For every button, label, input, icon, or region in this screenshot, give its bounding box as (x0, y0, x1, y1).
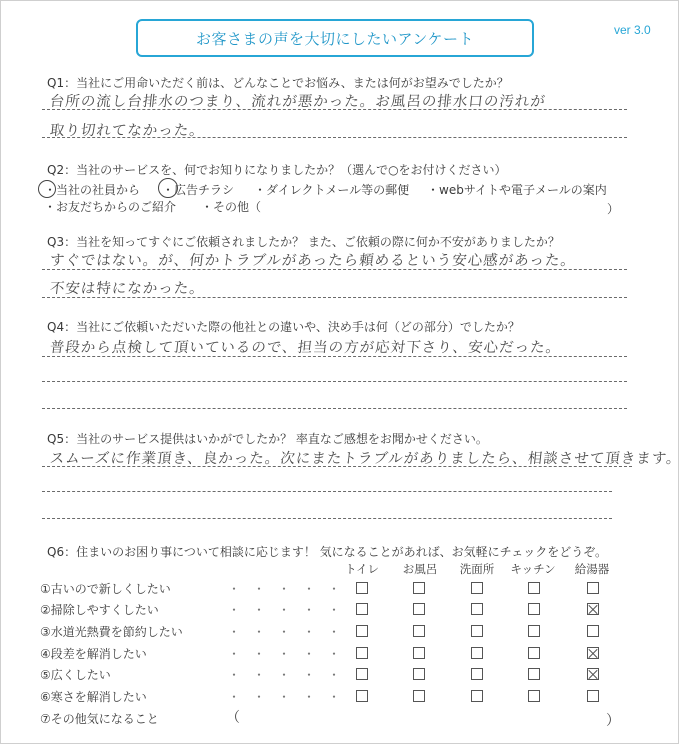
q3-answer-rule-1 (42, 269, 627, 270)
q6-checkbox-row-1-kitchen[interactable] (528, 582, 540, 594)
q6-checkbox-row-1-bath[interactable] (413, 582, 425, 594)
q5-answer-rule-3 (42, 518, 612, 519)
q2-option-web[interactable]: ・webサイトや電子メールの案内 (427, 181, 607, 198)
q5-answer-line-1[interactable]: スムーズに作業頂き、良かった。次にまたトラブルがありましたら、相談させて頂きます… (49, 447, 679, 468)
q6-checkbox-row-2-toilet[interactable] (356, 603, 368, 615)
q2-option-friend[interactable]: ・お友だちからのご紹介 (44, 198, 176, 215)
q6-row-4-leader-dots: ・・・・・ (228, 645, 353, 662)
q6-checkbox-row-3-toilet[interactable] (356, 625, 368, 637)
q4-answer-rule-1 (42, 356, 627, 357)
col-header-toilet: トイレ (332, 561, 392, 577)
q4-answer-rule-2 (42, 381, 627, 382)
col-header-water-heater: 給湯器 (562, 561, 622, 577)
q2-other-close-paren: ） (607, 200, 619, 217)
q6-checkbox-row-3-washroom[interactable] (471, 625, 483, 637)
q2-option-flyer-circle-mark (158, 178, 178, 198)
q6-checkbox-row-2-kitchen[interactable] (528, 603, 540, 615)
q6-row-5-label: ⑤広くしたい (40, 666, 111, 683)
q6-checkbox-row-6-washroom[interactable] (471, 690, 483, 702)
q6-checkbox-row-2-washroom[interactable] (471, 603, 483, 615)
q6-row-1-label: ①古いので新しくしたい (40, 580, 171, 597)
q6-checkbox-row-4-washroom[interactable] (471, 647, 483, 659)
q6-checkbox-row-2-bath[interactable] (413, 603, 425, 615)
q6-checkbox-row-5-kitchen[interactable] (528, 668, 540, 680)
q6-checkbox-row-6-toilet[interactable] (356, 690, 368, 702)
version-label: ver 3.0 (614, 23, 651, 37)
q6-row-6-label: ⑥寒さを解消したい (40, 688, 147, 705)
q2-option-staff-circle-mark (38, 180, 56, 198)
q6-row-4-label: ④段差を解消したい (40, 645, 147, 662)
q5-answer-rule-2 (42, 491, 612, 492)
q5-question: Q5：当社のサービス提供はいかがでしたか？ 率直なご感想をお聞かせください。 (47, 430, 488, 447)
q6-row-6-leader-dots: ・・・・・ (228, 688, 353, 705)
col-header-bath: お風呂 (390, 561, 450, 577)
q6-checkbox-row-3-kitchen[interactable] (528, 625, 540, 637)
q5-answer-rule-1 (42, 466, 632, 467)
survey-title: お客さまの声を大切にしたいアンケート (136, 19, 534, 57)
q3-answer-line-1[interactable]: すぐではない。が、何かトラブルがあったら頼めるという安心感があった。 (49, 249, 577, 270)
q3-answer-rule-2 (42, 297, 627, 298)
survey-title-text: お客さまの声を大切にしたいアンケート (196, 28, 474, 49)
q6-checkbox-row-1-water-heater[interactable] (587, 582, 599, 594)
q2-option-other[interactable]: ・その他（ (201, 198, 261, 215)
q6-checkbox-row-3-water-heater[interactable] (587, 625, 599, 637)
q6-checkbox-row-2-water-heater[interactable] (587, 603, 599, 615)
col-header-washroom: 洗面所 (447, 561, 507, 577)
q2-question: Q2：当社のサービスを、何でお知りになりましたか？（選んで○をお付けください） (47, 161, 507, 178)
q6-row-2-leader-dots: ・・・・・ (228, 601, 353, 618)
q2-option-staff[interactable]: ・当社の社員から (44, 181, 140, 198)
q6-other-close-paren: ） (606, 710, 620, 730)
q6-checkbox-row-1-toilet[interactable] (356, 582, 368, 594)
q6-checkbox-row-6-water-heater[interactable] (587, 690, 599, 702)
q6-checkbox-row-5-bath[interactable] (413, 668, 425, 680)
q6-row-7-label: ⑦その他気になること (40, 710, 159, 727)
q6-checkbox-row-6-kitchen[interactable] (528, 690, 540, 702)
q3-question: Q3：当社を知ってすぐにご依頼されましたか？ また、ご依頼の際に何か不安がありま… (47, 233, 560, 250)
q6-checkbox-row-1-washroom[interactable] (471, 582, 483, 594)
q6-checkbox-row-5-water-heater[interactable] (587, 668, 599, 680)
q6-checkbox-row-4-toilet[interactable] (356, 647, 368, 659)
q6-checkbox-row-5-washroom[interactable] (471, 668, 483, 680)
q6-other-open-paren: （ (226, 707, 240, 727)
q1-answer-line-1[interactable]: 台所の流し台排水のつまり、流れが悪かった。お風呂の排水口の汚れが (49, 90, 547, 111)
q6-checkbox-row-4-water-heater[interactable] (587, 647, 599, 659)
q6-checkbox-row-3-bath[interactable] (413, 625, 425, 637)
q6-row-2-label: ②掃除しやすくしたい (40, 601, 159, 618)
q6-checkbox-row-4-kitchen[interactable] (528, 647, 540, 659)
q6-row-3-label: ③水道光熱費を節約したい (40, 623, 183, 640)
q4-answer-line-1[interactable]: 普段から点検して頂いているので、担当の方が応対下さり、安心だった。 (49, 336, 562, 357)
q1-answer-rule-1 (42, 109, 627, 110)
q4-answer-rule-3 (42, 408, 627, 409)
q6-question: Q6：住まいのお困り事について相談に応じます！ 気になることがあれば、お気軽にチ… (47, 543, 607, 560)
q4-question: Q4：当社にご依頼いただいた際の他社との違いや、決め手は何（どの部分）でしたか？ (47, 318, 520, 335)
q2-option-direct-mail[interactable]: ・ダイレクトメール等の郵便 (254, 181, 409, 198)
q1-answer-rule-2 (42, 137, 627, 138)
q6-checkbox-row-6-bath[interactable] (413, 690, 425, 702)
q1-question: Q1：当社にご用命いただく前は、どんなことでお悩み、または何がお望みでしたか？ (47, 74, 509, 91)
q6-row-5-leader-dots: ・・・・・ (228, 666, 353, 683)
q6-checkbox-row-5-toilet[interactable] (356, 668, 368, 680)
q6-row-1-leader-dots: ・・・・・ (228, 580, 353, 597)
col-header-kitchen: キッチン (503, 561, 563, 577)
q3-answer-line-2[interactable]: 不安は特になかった。 (49, 277, 206, 298)
q6-checkbox-row-4-bath[interactable] (413, 647, 425, 659)
q6-row-3-leader-dots: ・・・・・ (228, 623, 353, 640)
